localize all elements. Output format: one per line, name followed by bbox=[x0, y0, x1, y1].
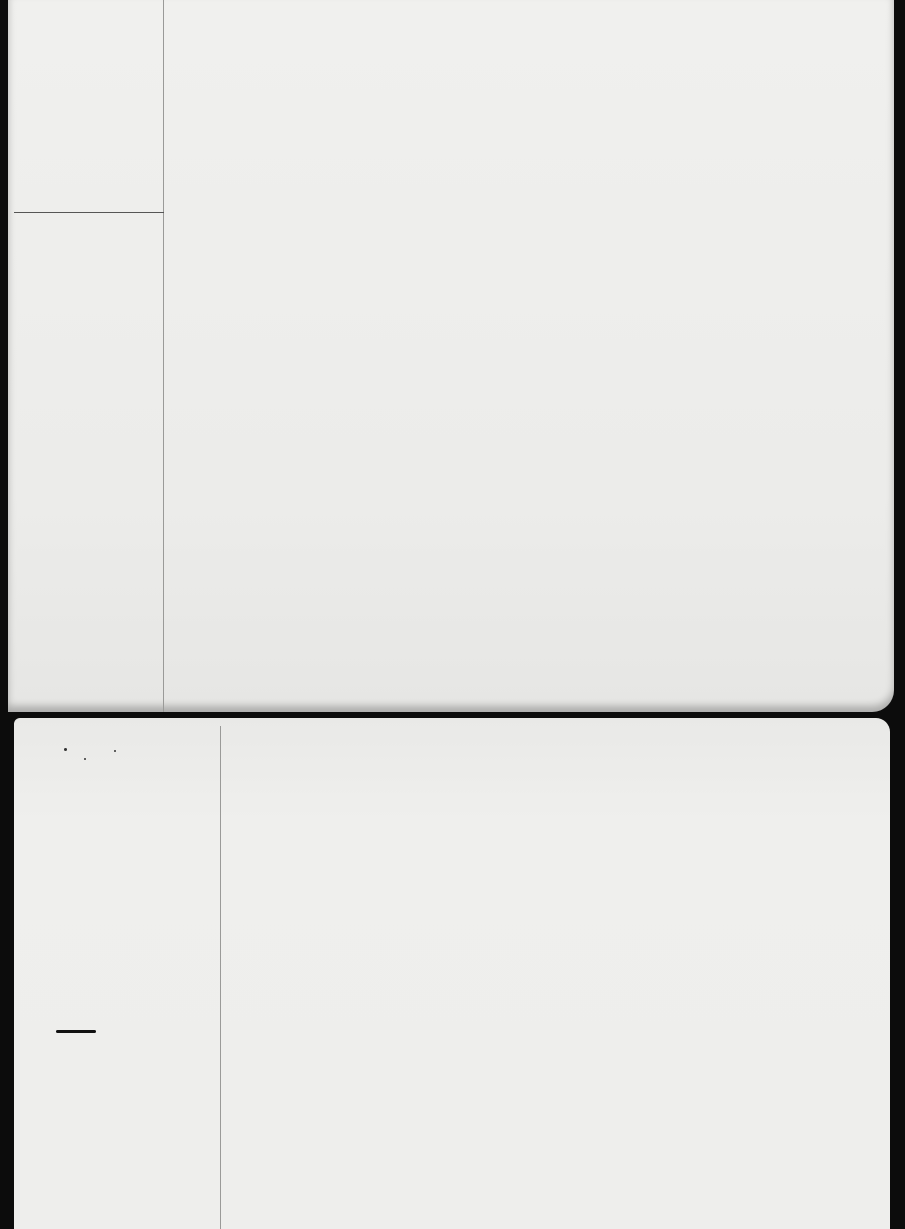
margin-rule bbox=[220, 726, 221, 1229]
register-page-bottom bbox=[14, 718, 890, 1229]
margin-ink-mark bbox=[56, 1030, 96, 1033]
margin-divider bbox=[14, 212, 164, 213]
register-page-top bbox=[8, 0, 894, 712]
margin-rule bbox=[163, 0, 164, 712]
